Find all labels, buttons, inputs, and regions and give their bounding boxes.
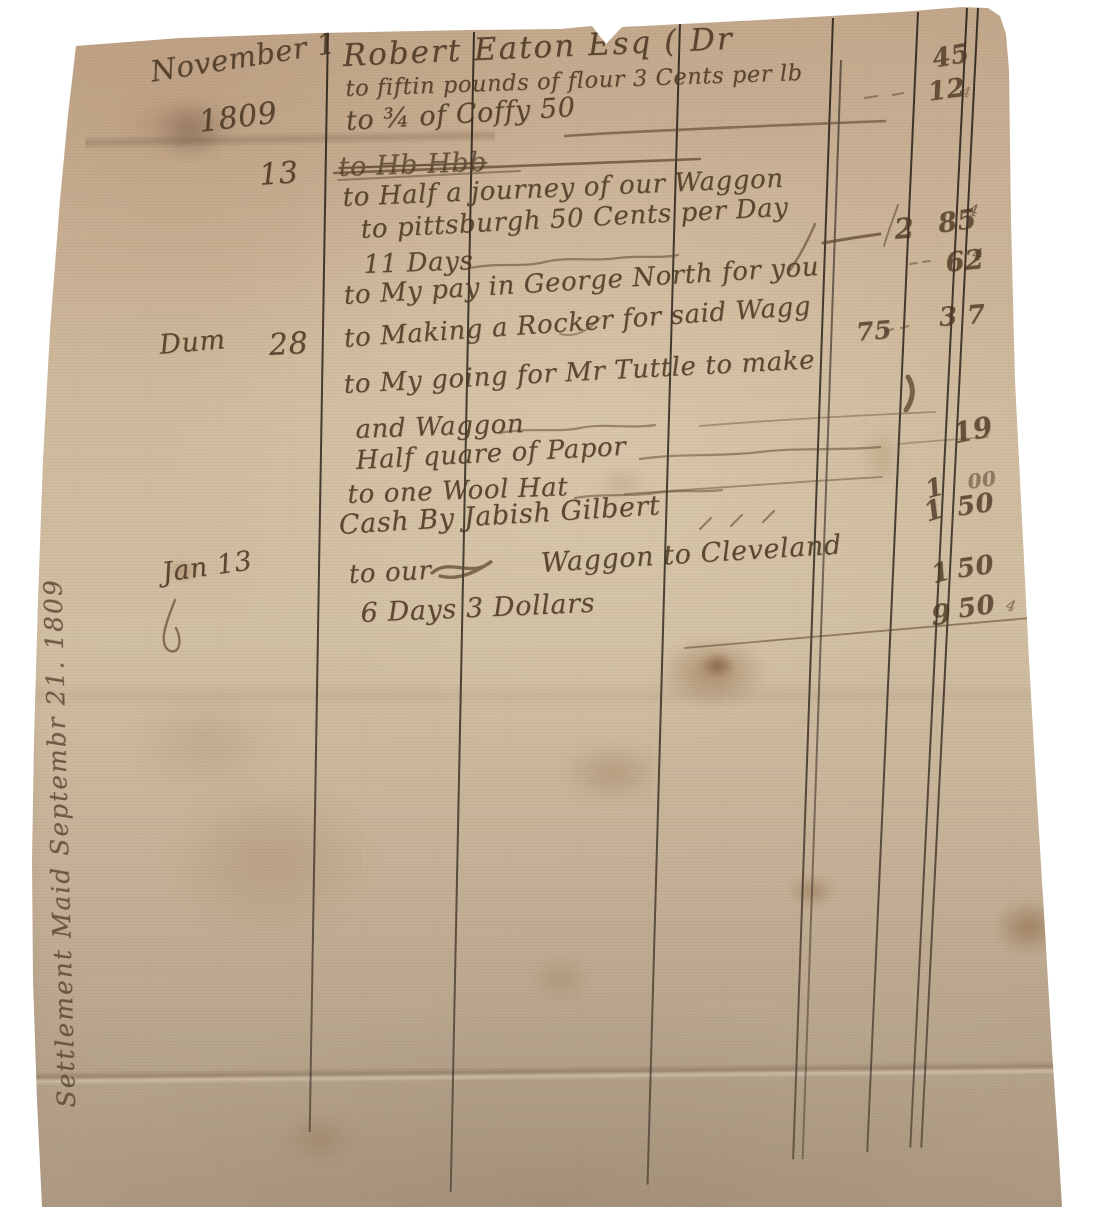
photo-backdrop: November 1 1809 13 Dum 28 Jan 13 Robert … — [0, 0, 1109, 1207]
entry-month-dum: Dum — [158, 324, 227, 361]
amount-cents-50a: 50 — [955, 488, 996, 523]
amount-dollars-2: 2 — [893, 211, 916, 246]
amount-dollars-9: 9 — [930, 597, 953, 632]
entry-rate-75: 75 — [855, 315, 893, 347]
amount-cents-50b: 50 — [955, 550, 996, 585]
amount-cents-50c: 50 — [956, 590, 997, 625]
entry-desc-to-our: to our — [348, 556, 432, 590]
header-amount-cents: 45 — [930, 39, 972, 75]
amount-cents-37: 37 — [938, 299, 996, 333]
stray-mark: 4 — [971, 244, 984, 264]
paper: November 1 1809 13 Dum 28 Jan 13 Robert … — [0, 0, 1109, 1207]
ink-layer: November 1 1809 13 Dum 28 Jan 13 Robert … — [0, 0, 1109, 1207]
entry-date-13: 13 — [258, 155, 300, 193]
entry-day-28: 28 — [268, 326, 309, 363]
